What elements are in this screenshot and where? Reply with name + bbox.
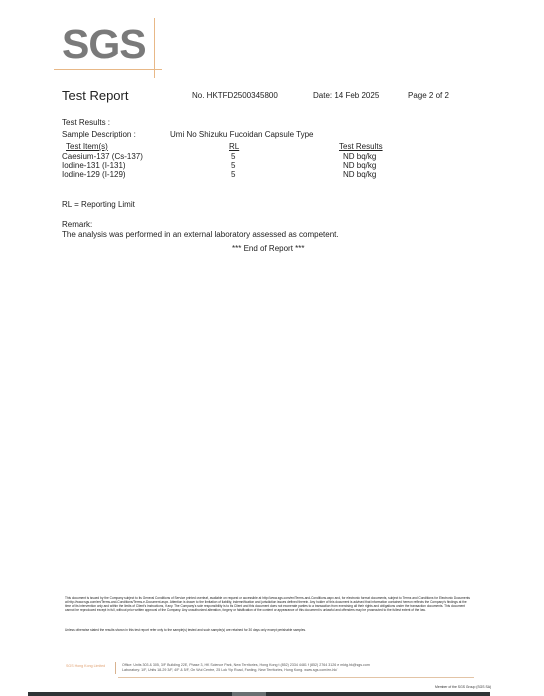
sample-description-value: Umi No Shizuku Fucoidan Capsule Type [170, 130, 313, 139]
results-heading: Test Results : [62, 118, 110, 127]
horizontal-scrollbar[interactable] [28, 692, 490, 696]
footer-rule [118, 677, 474, 678]
footer-address: Office: Units 303 & 305, 3/F Building 22… [122, 663, 370, 673]
sgs-logo: SGS [62, 18, 172, 70]
end-of-report: *** End of Report *** [232, 244, 305, 253]
report-number: No. HKTFD2500345800 [192, 91, 278, 100]
page-indicator: Page 2 of 2 [408, 91, 449, 100]
test-result: ND bq/kg [343, 152, 376, 161]
rl-value: 5 [231, 170, 235, 179]
sample-description-label: Sample Description : [62, 130, 136, 139]
column-header-test-results: Test Results [339, 142, 383, 151]
logo-vertical-rule [154, 18, 155, 78]
column-header-test-item: Test Item(s) [66, 142, 108, 151]
footer-laboratory-address: Laboratory: 1/F, Units 18-29 3/F, 4/F & … [122, 668, 370, 673]
remark-label: Remark: [62, 220, 92, 229]
remark-text: The analysis was performed in an externa… [62, 230, 339, 239]
report-title: Test Report [62, 88, 128, 103]
column-header-rl: RL [229, 142, 239, 151]
rl-value: 5 [231, 152, 235, 161]
test-result: ND bq/kg [343, 170, 376, 179]
test-result: ND bq/kg [343, 161, 376, 170]
test-item: Caesium-137 (Cs-137) [62, 152, 143, 161]
rl-definition: RL = Reporting Limit [62, 200, 135, 209]
footer-member-note: Member of the SGS Group (SGS SA) [435, 685, 491, 689]
logo-text: SGS [62, 20, 146, 68]
test-item: Iodine-129 (I-129) [62, 170, 126, 179]
logo-horizontal-rule [54, 69, 162, 70]
footer-separator [115, 662, 116, 674]
disclaimer-text: This document is issued by the Company s… [65, 596, 473, 612]
footer-company-name: SGS Hong Kong Limited [66, 664, 105, 668]
report-date: Date: 14 Feb 2025 [313, 91, 379, 100]
report-page: SGS Test Report No. HKTFD2500345800 Date… [0, 0, 544, 696]
sample-retention-note: Unless otherwise stated the results show… [65, 628, 473, 632]
test-item: Iodine-131 (I-131) [62, 161, 126, 170]
rl-value: 5 [231, 161, 235, 170]
scrollbar-thumb[interactable] [232, 692, 266, 696]
